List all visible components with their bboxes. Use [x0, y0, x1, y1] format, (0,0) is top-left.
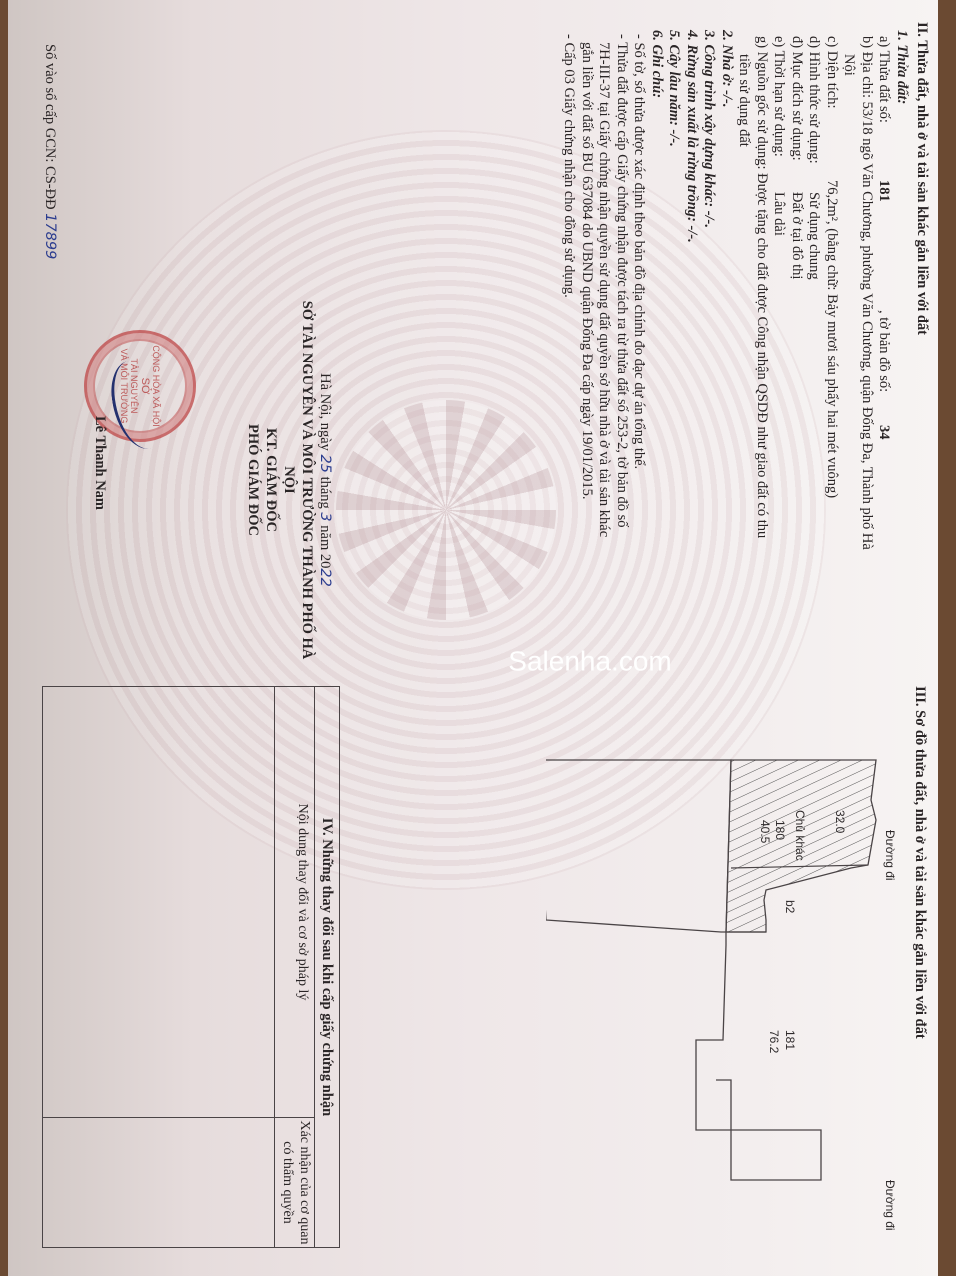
- area-value: 76,2m², (bằng chữ: Bảy mươi sáu phẩy hai…: [823, 180, 840, 498]
- changes-table: IV. Những thay đổi sau khi cấp giấy chứn…: [42, 686, 340, 1248]
- land-heading: 1. Thửa đất:: [893, 30, 911, 640]
- star-emblem: [336, 400, 556, 620]
- parcel-number-value: 181: [876, 180, 893, 202]
- note-line: - Số tờ, số thửa được xác định theo bản …: [630, 30, 648, 640]
- parcel-number-label: a) Thửa đất số:: [876, 36, 893, 123]
- purpose-label: đ) Mục đích sử dụng:: [788, 36, 805, 161]
- address-line-2: Nội: [840, 30, 858, 640]
- purpose-row: đ) Mục đích sử dụng: Đất ở tại đô thị: [788, 30, 806, 640]
- term-value: Lâu dài: [771, 192, 788, 236]
- svg-text:180: 180: [773, 820, 787, 840]
- department-name: SỞ TÀI NGUYÊN VÀ MÔI TRƯỜNG THÀNH PHỐ HÀ…: [280, 300, 316, 660]
- origin-line: g) Nguồn gốc sử dụng: Được tặng cho đất …: [753, 30, 771, 640]
- usage-form-row: d) Hình thức sử dụng: Sử dụng chung: [805, 30, 823, 640]
- parcel-181-shape: [696, 932, 821, 1180]
- forest-row: 4. Rừng sản xuất là rừng trồng: -/-.: [683, 30, 701, 640]
- land-parcel-row: a) Thửa đất số: 181 , tờ bản đồ số: 34: [875, 30, 893, 640]
- signature-block: Hà Nội, ngày 25 tháng 3 năm 2022 SỞ TÀI …: [244, 300, 334, 660]
- area-row: c) Diện tích: 76,2m², (bằng chữ: Bảy mươ…: [823, 30, 841, 640]
- term-row: e) Thời hạn sử dụng: Lâu dài: [770, 30, 788, 640]
- usage-form-value: Sử dụng chung: [806, 192, 823, 280]
- authority-confirmation-header: Xác nhận của cơ quan có thẩm quyền: [274, 1118, 315, 1247]
- section4-title: IV. Những thay đổi sau khi cấp giấy chứn…: [314, 687, 339, 1247]
- svg-text:181: 181: [783, 1030, 797, 1050]
- parcel-diagram: Đường đi Đường đi Chủ khác 180 40.5 32.0…: [546, 660, 906, 1260]
- address-line: b) Địa chỉ: 53/18 ngõ Văn Chương, phường…: [858, 30, 876, 640]
- house-row: 2. Nhà ở: -/-.: [718, 30, 736, 640]
- watermark-text: Salenha.com: [508, 646, 671, 678]
- purpose-value: Đất ở tại đô thị: [788, 192, 805, 279]
- section2-body: 1. Thửa đất: a) Thửa đất số: 181 , tờ bả…: [560, 30, 910, 640]
- notes-heading: 6. Ghi chú:: [648, 30, 666, 640]
- section3-title: III. Sơ đồ thửa đất, nhà ở và tài sản kh…: [911, 686, 928, 1039]
- svg-text:76.2: 76.2: [767, 1030, 781, 1054]
- other-construction-row: 3. Công trình xây dựng khác: -/-.: [700, 30, 718, 640]
- map-sheet-value: 34: [876, 425, 893, 440]
- role-kt-director: KT. GIÁM ĐỐC: [262, 300, 280, 660]
- svg-text:40.5: 40.5: [758, 820, 772, 844]
- signer-name: Lê Thanh Nam: [91, 416, 108, 510]
- origin-line-2: tiền sử dụng đất: [735, 30, 753, 640]
- area-label: c) Diện tích:: [823, 36, 840, 108]
- svg-text:Đường đi: Đường đi: [883, 830, 897, 881]
- note-line: 7H-III-37 tại Giấy chứng nhận quyền sử d…: [595, 30, 613, 640]
- changes-content-header: Nội dung thay đổi và cơ sở pháp lý: [274, 687, 315, 1118]
- place-date: Hà Nội, ngày 25 tháng 3 năm 2022: [316, 300, 334, 660]
- map-sheet-label: , tờ bản đồ số:: [876, 310, 893, 392]
- year-handwritten: 22: [317, 568, 333, 586]
- usage-form-label: d) Hình thức sử dụng:: [806, 36, 823, 164]
- note-line: - Thửa đất được cấp Giấy chứng nhận được…: [613, 30, 631, 640]
- term-label: e) Thời hạn sử dụng:: [771, 36, 788, 157]
- role-deputy-director: PHÓ GIÁM ĐỐC: [244, 300, 262, 660]
- day-handwritten: 25: [317, 455, 333, 473]
- parcel-diagram-svg: Đường đi Đường đi Chủ khác 180 40.5 32.0…: [546, 660, 906, 1260]
- svg-text:Đường đi: Đường đi: [883, 1180, 897, 1231]
- table-column-divider: [43, 1117, 275, 1118]
- certificate-page: II. Thửa đất, nhà ở và tài sản khác gắn …: [0, 0, 956, 1276]
- svg-text:32.0: 32.0: [833, 810, 847, 834]
- month-handwritten: 3: [317, 512, 333, 521]
- svg-text:Chủ khác: Chủ khác: [793, 810, 807, 861]
- note-line: - Cấp 03 Giấy chứng nhận cho đồng sử dụn…: [560, 30, 578, 640]
- svg-text:b2: b2: [783, 900, 797, 914]
- section2-title: II. Thửa đất, nhà ở và tài sản khác gắn …: [913, 22, 930, 335]
- registry-number: Số vào sổ cấp GCN: CS-ĐĐ 17899: [41, 44, 58, 259]
- note-line: gắn liền với đất số BU 637084 do UBND qu…: [578, 30, 596, 640]
- perennial-row: 5. Cây lâu năm: -/-.: [665, 30, 683, 640]
